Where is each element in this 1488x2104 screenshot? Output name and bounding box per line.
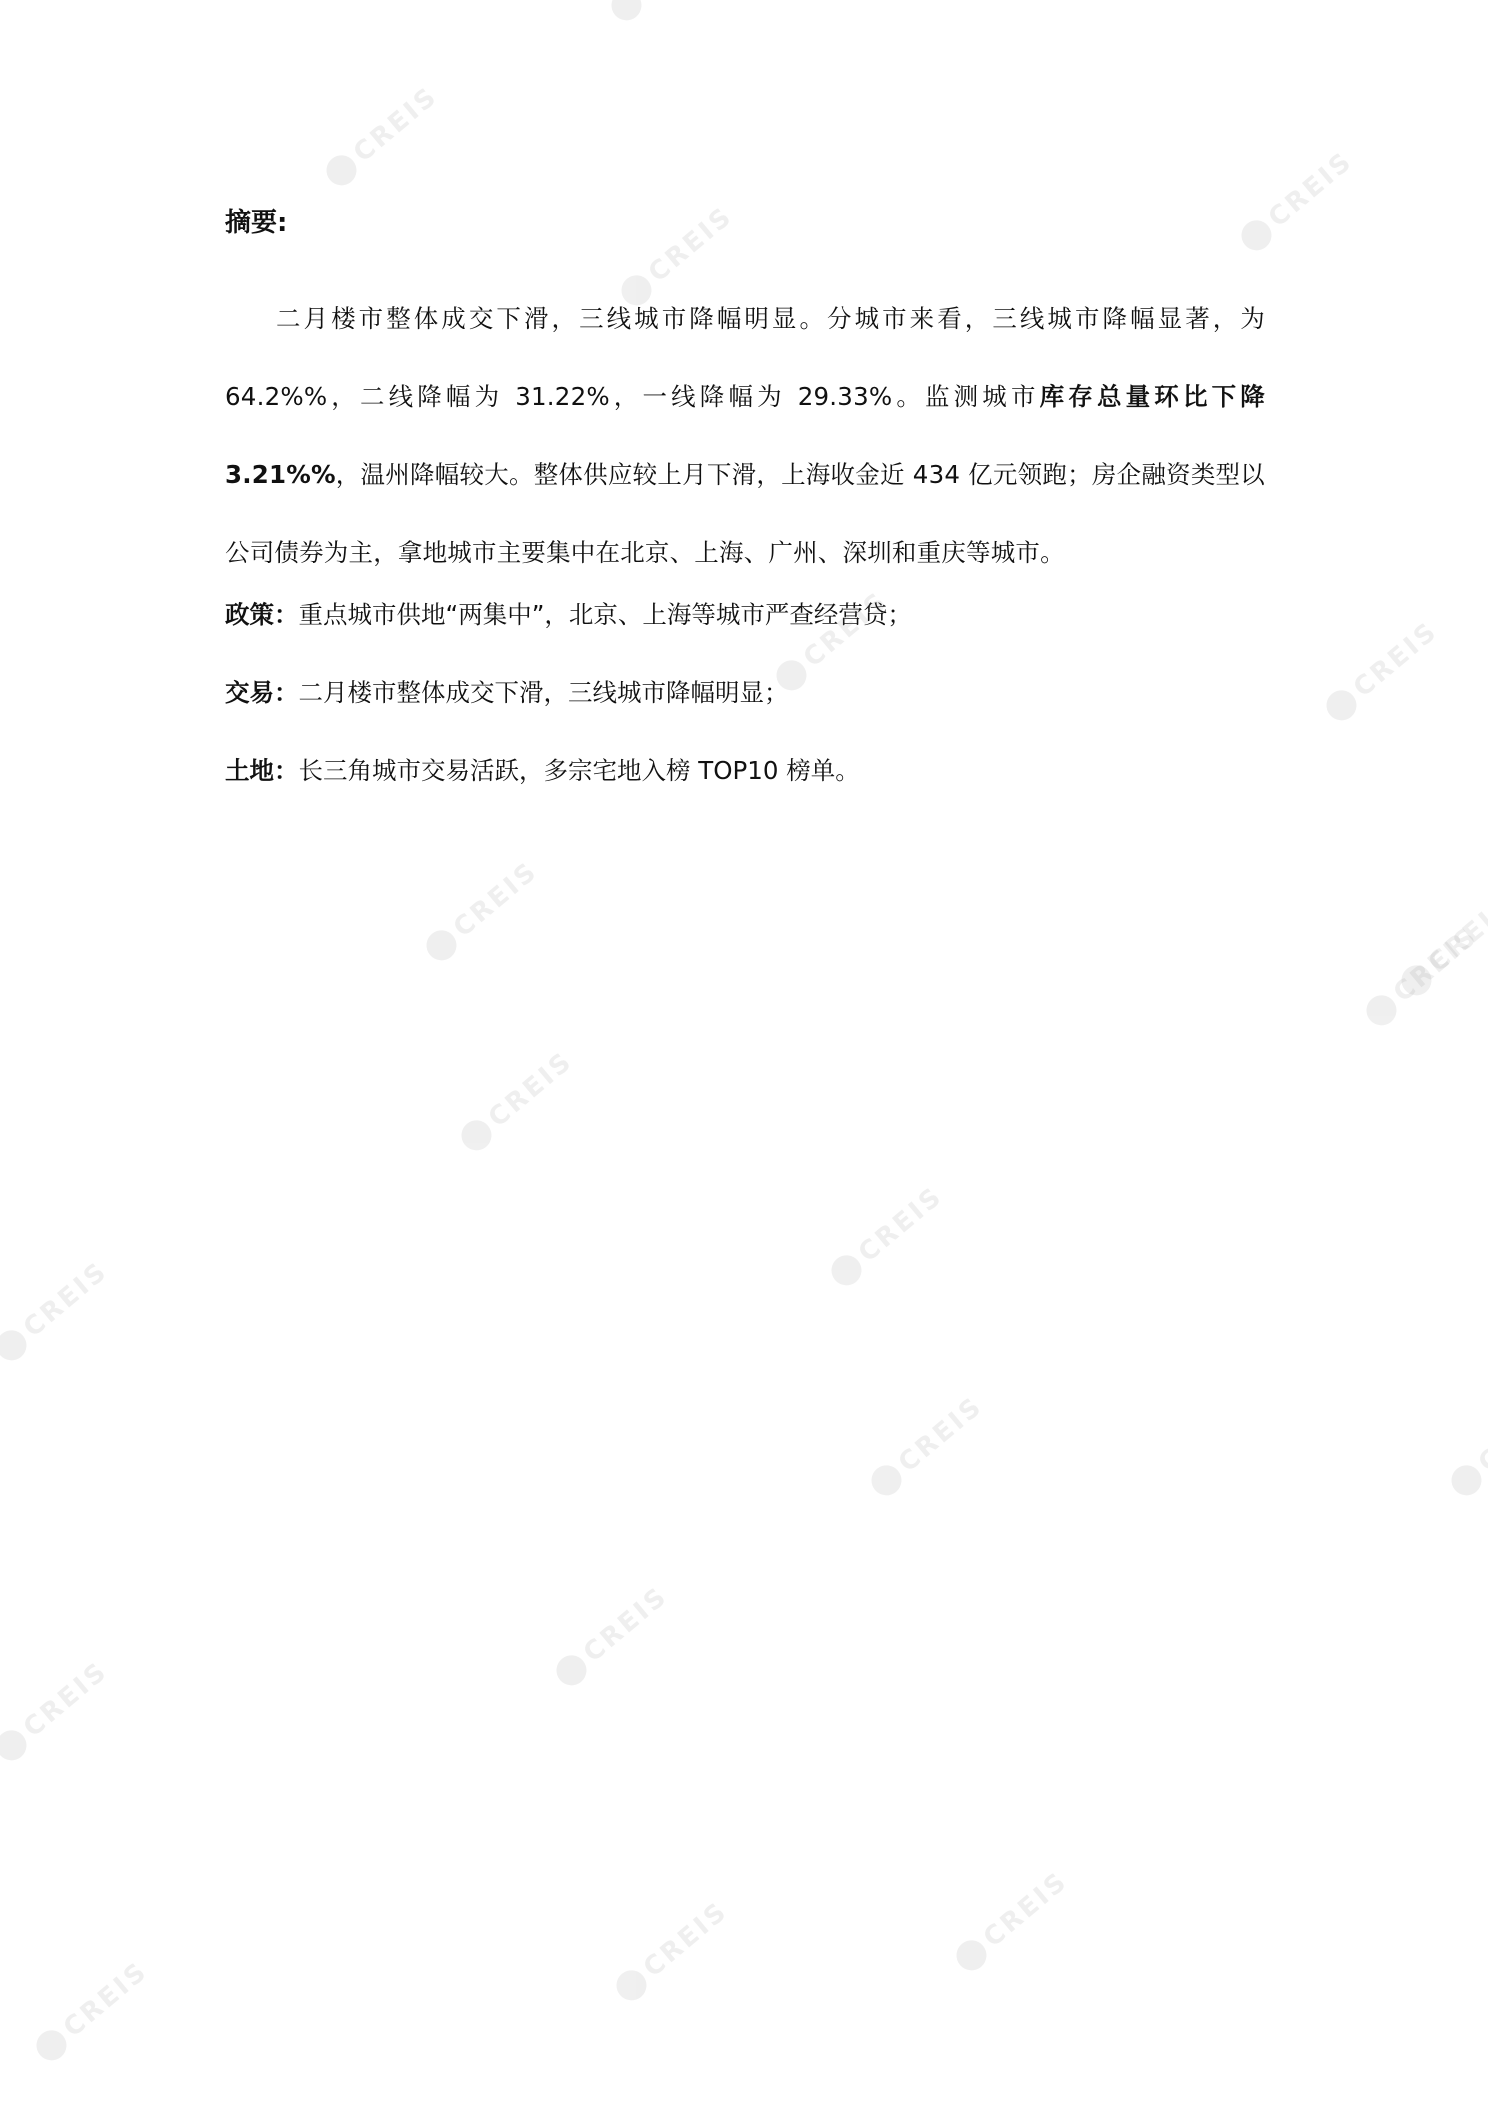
creis-watermark: CREIS	[455, 1046, 579, 1157]
creis-logo-icon	[455, 1114, 497, 1156]
watermark-text: CREIS	[1348, 616, 1444, 703]
summary-heading: 摘要:	[225, 202, 287, 239]
creis-watermark: CREIS	[605, 0, 729, 26]
creis-watermark: CREIS	[865, 1391, 989, 1502]
creis-logo-icon	[610, 1964, 652, 2006]
watermark-text: CREIS	[448, 856, 544, 943]
summary-paragraph: 二月楼市整体成交下滑，三线城市降幅明显。分城市来看，三线城市降幅显著，为64.2…	[225, 280, 1265, 592]
watermark-text: CREIS	[58, 1956, 154, 2043]
transaction-text: 二月楼市整体成交下滑，三线城市降幅明显；	[299, 678, 789, 707]
policy-label: 政策：	[225, 600, 299, 629]
watermark-text: CREIS	[1263, 146, 1359, 233]
creis-logo-icon	[1445, 1459, 1487, 1501]
creis-logo-icon	[320, 149, 362, 191]
watermark-text: CREIS	[633, 0, 729, 3]
watermark-text: CREIS	[1423, 891, 1488, 978]
creis-logo-icon	[605, 0, 647, 26]
creis-watermark: CREIS	[550, 1581, 674, 1692]
watermark-text: CREIS	[578, 1581, 674, 1668]
creis-watermark: CREIS	[1445, 1391, 1488, 1502]
watermark-text: CREIS	[483, 1046, 579, 1133]
creis-watermark: CREIS	[1320, 616, 1444, 727]
watermark-text: CREIS	[643, 201, 739, 288]
creis-watermark: CREIS	[825, 1181, 949, 1292]
land-label: 土地：	[225, 756, 299, 785]
creis-logo-icon	[30, 2024, 72, 2066]
watermark-text: CREIS	[893, 1391, 989, 1478]
creis-logo-icon	[1395, 959, 1437, 1001]
creis-logo-icon	[550, 1649, 592, 1691]
policy-text: 重点城市供地“两集中”，北京、上海等城市严查经营贷；	[299, 600, 912, 629]
land-item: 土地：长三角城市交易活跃，多宗宅地入榜 TOP10 榜单。	[225, 752, 860, 787]
watermark-text: CREIS	[1473, 1391, 1488, 1478]
creis-logo-icon	[1235, 214, 1277, 256]
creis-watermark: CREIS	[30, 1956, 154, 2067]
watermark-text: CREIS	[853, 1181, 949, 1268]
creis-watermark: CREIS	[1360, 921, 1484, 1032]
creis-watermark: CREIS	[1395, 891, 1488, 1002]
watermark-text: CREIS	[18, 1256, 114, 1343]
watermark-text: CREIS	[978, 1866, 1074, 1953]
summary-text-part2: ，温州降幅较大。整体供应较上月下滑，上海收金近 434 亿元领跑；房企融资类型以…	[225, 460, 1265, 567]
creis-logo-icon	[420, 924, 462, 966]
creis-logo-icon	[1320, 684, 1362, 726]
creis-watermark: CREIS	[0, 1256, 114, 1367]
creis-watermark: CREIS	[950, 1866, 1074, 1977]
creis-watermark: CREIS	[420, 856, 544, 967]
creis-watermark: CREIS	[1235, 146, 1359, 257]
transaction-item: 交易：二月楼市整体成交下滑，三线城市降幅明显；	[225, 674, 789, 709]
creis-logo-icon	[0, 1324, 33, 1366]
land-text: 长三角城市交易活跃，多宗宅地入榜 TOP10 榜单。	[299, 756, 860, 785]
watermark-text: CREIS	[1388, 921, 1484, 1008]
watermark-text: CREIS	[638, 1896, 734, 1983]
policy-item: 政策：重点城市供地“两集中”，北京、上海等城市严查经营贷；	[225, 596, 912, 631]
creis-watermark: CREIS	[0, 1656, 114, 1767]
watermark-text: CREIS	[18, 1656, 114, 1743]
creis-watermark: CREIS	[320, 81, 444, 192]
creis-logo-icon	[1360, 989, 1402, 1031]
creis-logo-icon	[0, 1724, 33, 1766]
creis-logo-icon	[950, 1934, 992, 1976]
creis-logo-icon	[825, 1249, 867, 1291]
creis-logo-icon	[865, 1459, 907, 1501]
watermark-text: CREIS	[348, 81, 444, 168]
transaction-label: 交易：	[225, 678, 299, 707]
creis-watermark: CREIS	[610, 1896, 734, 2007]
